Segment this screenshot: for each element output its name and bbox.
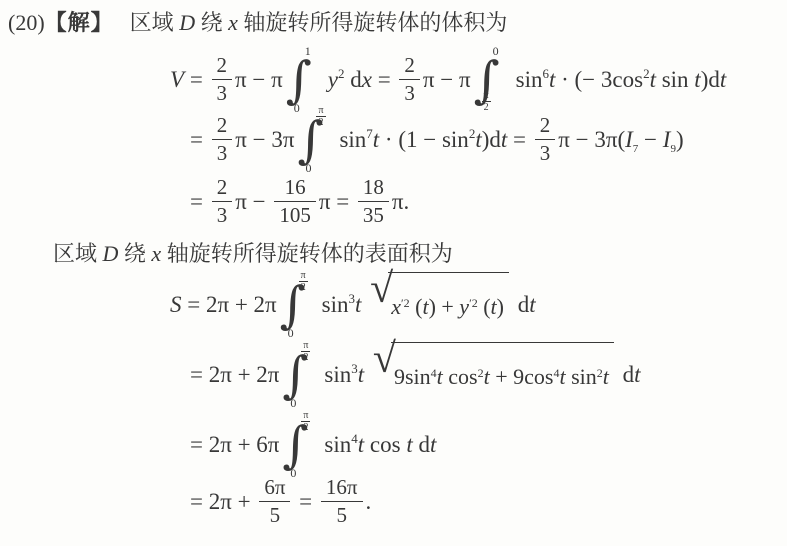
- integral-upper-bound: π2: [299, 270, 308, 294]
- math-token: y: [459, 294, 469, 319]
- math-token: t: [501, 127, 507, 152]
- minus-sign: −: [644, 127, 657, 152]
- square-root-body: x′2 (t) + y′2 (t): [388, 272, 509, 337]
- math-token: 9sin: [394, 364, 431, 389]
- differential-d: d: [518, 292, 530, 317]
- fraction: 23: [212, 54, 233, 106]
- integral: ∫π20: [282, 345, 318, 405]
- fraction-numerator: 2: [212, 114, 233, 141]
- fraction-denominator: 35: [358, 202, 389, 228]
- tiny-fraction-numerator: π: [316, 105, 325, 118]
- math-token: y: [328, 67, 338, 92]
- volume-intro-text: 轴旋转所得旋转体的体积为: [238, 10, 508, 35]
- sin-function: sin: [571, 364, 597, 389]
- solution-tag: 【解】: [45, 10, 114, 35]
- fraction: 23: [535, 114, 556, 166]
- math-token: + 9cos: [495, 364, 553, 389]
- prime-exponent: ′2: [401, 296, 410, 310]
- math-token: · (− 3cos: [561, 67, 643, 92]
- math-token: = 2π + 2π: [190, 362, 279, 387]
- fraction-numerator: 2: [535, 114, 556, 141]
- fraction-denominator: 3: [399, 80, 420, 106]
- subscript: 7: [633, 143, 639, 155]
- period: .: [366, 489, 372, 514]
- axis-variable: x: [151, 241, 161, 266]
- exponent: 2: [338, 66, 345, 81]
- radical-sign: √: [373, 343, 396, 376]
- differential-d: d: [418, 432, 430, 457]
- fraction-numerator: 16: [274, 176, 316, 203]
- sin-function: sin: [662, 67, 689, 92]
- fraction-denominator: 3: [212, 80, 233, 106]
- math-token: (: [483, 294, 490, 319]
- math-token: t: [650, 67, 656, 92]
- surface-equation-line-1: S = 2π + 2π∫π20sin3t √x′2 (t) + y′2 (t) …: [170, 274, 536, 334]
- integral: ∫π20: [280, 275, 316, 335]
- surface-equation-line-3: = 2π + 6π∫π20sin4t cos t dt: [190, 415, 436, 475]
- math-token: π − π: [235, 67, 283, 92]
- integral-lower-bound: 0: [288, 327, 294, 339]
- prime-exponent: ′2: [469, 296, 478, 310]
- math-token: t: [634, 362, 640, 387]
- sin-function: sin: [516, 67, 543, 92]
- tiny-fraction-numerator: π: [299, 270, 308, 283]
- volume-equation-line-2: = 23π − 3π∫π20sin7t · (1 − sin2t)dt = 23…: [190, 110, 684, 170]
- surface-equation-line-4: = 2π + 6π5 = 16π5.: [190, 472, 371, 532]
- sin-function: sin: [339, 127, 366, 152]
- document-page: (20)【解】区域 D 绕 x 轴旋转所得旋转体的体积为 V = 23π − π…: [0, 0, 787, 546]
- fraction-numerator: 2: [212, 176, 233, 203]
- volume-equation-line-3: = 23π − 16105π = 1835π.: [190, 172, 409, 232]
- math-token: t: [437, 364, 443, 389]
- math-token: t: [720, 67, 726, 92]
- sin-function: sin: [322, 292, 349, 317]
- integral-lower-bound: 0: [290, 397, 296, 409]
- math-token: ): [497, 294, 504, 319]
- problem-header: (20)【解】区域 D 绕 x 轴旋转所得旋转体的体积为: [8, 6, 507, 40]
- fraction: 23: [212, 114, 233, 166]
- integral: ∫π20: [297, 110, 333, 170]
- tiny-fraction-denominator: 2: [299, 282, 308, 294]
- equals-sign: =: [190, 189, 203, 214]
- fraction-denominator: 5: [259, 502, 290, 528]
- region-variable: D: [179, 10, 195, 35]
- pi-over-2-bound: π2: [301, 340, 310, 364]
- math-token: π.: [392, 189, 409, 214]
- math-token: ): [676, 127, 684, 152]
- differential-d: d: [350, 67, 362, 92]
- surface-equation-line-2: = 2π + 2π∫π20sin3t √9sin4t cos2t + 9cos4…: [190, 344, 641, 404]
- math-token: )d: [701, 67, 720, 92]
- equals-sign: =: [190, 127, 203, 152]
- math-token: t: [358, 362, 364, 387]
- integral-upper-bound: π2: [316, 105, 325, 129]
- fraction: 16π5: [321, 476, 363, 528]
- math-token: t: [406, 432, 412, 457]
- integral-upper-bound: π2: [301, 410, 310, 434]
- integral-upper-bound: π2: [301, 340, 310, 364]
- integral: ∫0π2: [474, 50, 510, 110]
- differential-d: d: [623, 362, 635, 387]
- pi-over-2-bound: π2: [316, 105, 325, 129]
- sin-function: sin: [324, 362, 351, 387]
- integral-sign: ∫: [286, 55, 312, 105]
- fraction: 16105: [274, 176, 316, 228]
- math-token: t: [549, 67, 555, 92]
- math-token: t: [559, 364, 565, 389]
- cos-function: cos: [370, 432, 401, 457]
- fraction-denominator: 3: [212, 202, 233, 228]
- fraction-numerator: 2: [399, 54, 420, 81]
- equals-sign: =: [299, 489, 312, 514]
- math-token: π − 3π(: [558, 127, 625, 152]
- tiny-fraction-numerator: π: [301, 410, 310, 423]
- equals-sign: =: [378, 67, 391, 92]
- math-token: t: [603, 364, 609, 389]
- fraction-numerator: 2: [212, 54, 233, 81]
- math-token: ) +: [429, 294, 460, 319]
- tiny-fraction-denominator: 2: [316, 117, 325, 129]
- math-token: t: [484, 364, 490, 389]
- math-token: π − 3π: [235, 127, 294, 152]
- math-token: π =: [319, 189, 349, 214]
- wallis-integral-symbol: I: [625, 127, 633, 152]
- math-token: )d: [482, 127, 501, 152]
- fraction: 23: [212, 176, 233, 228]
- tiny-fraction-numerator: π: [301, 340, 310, 353]
- integral: ∫π20: [282, 415, 318, 475]
- fraction-numerator: 6π: [259, 476, 290, 503]
- surface-intro-text: 轴旋转所得旋转体的表面积为: [161, 241, 453, 266]
- cos-function: cos: [448, 364, 477, 389]
- math-token: t: [373, 127, 379, 152]
- math-token: t: [355, 292, 361, 317]
- integral-upper-bound: 0: [493, 45, 499, 57]
- math-token: x: [362, 67, 372, 92]
- math-token: = 2π + 2π: [187, 292, 276, 317]
- fraction-denominator: 105: [274, 202, 316, 228]
- math-token: π −: [235, 189, 265, 214]
- square-root: √x′2 (t) + y′2 (t): [370, 272, 509, 337]
- math-token: t: [529, 292, 535, 317]
- region-variable: D: [103, 241, 119, 266]
- volume-symbol: V: [170, 67, 184, 92]
- volume-intro-text: 绕: [195, 10, 228, 35]
- fraction-denominator: 3: [535, 140, 556, 166]
- math-token: t: [430, 432, 436, 457]
- fraction-numerator: 18: [358, 176, 389, 203]
- math-token: π − π: [423, 67, 471, 92]
- math-token: t: [358, 432, 364, 457]
- problem-number: (20): [8, 10, 45, 35]
- fraction-numerator: 16π: [321, 476, 363, 503]
- fraction: 23: [399, 54, 420, 106]
- equals-sign: =: [513, 127, 526, 152]
- tiny-fraction-denominator: 2: [301, 352, 310, 364]
- pi-over-2-bound: π2: [299, 270, 308, 294]
- square-root-body: 9sin4t cos2t + 9cos4t sin2t: [391, 342, 614, 407]
- surface-symbol: S: [170, 292, 182, 317]
- square-root: √9sin4t cos2t + 9cos4t sin2t: [373, 342, 614, 407]
- fraction: 6π5: [259, 476, 290, 528]
- volume-intro-text: 区域: [130, 10, 180, 35]
- math-token: = 2π + 6π: [190, 432, 279, 457]
- fraction: 1835: [358, 176, 389, 228]
- surface-intro-text: 区域: [53, 241, 103, 266]
- surface-intro-text: 绕: [118, 241, 151, 266]
- math-token: = 2π +: [190, 489, 251, 514]
- axis-variable: x: [228, 10, 238, 35]
- pi-over-2-bound: π2: [301, 410, 310, 434]
- volume-equation-line-1: V = 23π − π∫10y2 dx = 23π − π∫0π2sin6t ·…: [170, 50, 726, 110]
- tiny-fraction-denominator: 2: [301, 422, 310, 434]
- equals-sign: =: [190, 67, 203, 92]
- tiny-fraction-numerator: π: [482, 90, 491, 103]
- fraction-denominator: 5: [321, 502, 363, 528]
- integral-upper-bound: 1: [305, 45, 311, 57]
- sin-function: sin: [324, 432, 351, 457]
- math-token: · (1 − sin: [385, 127, 469, 152]
- radical-sign: √: [370, 273, 393, 306]
- fraction-denominator: 3: [212, 140, 233, 166]
- integral: ∫10: [286, 50, 322, 110]
